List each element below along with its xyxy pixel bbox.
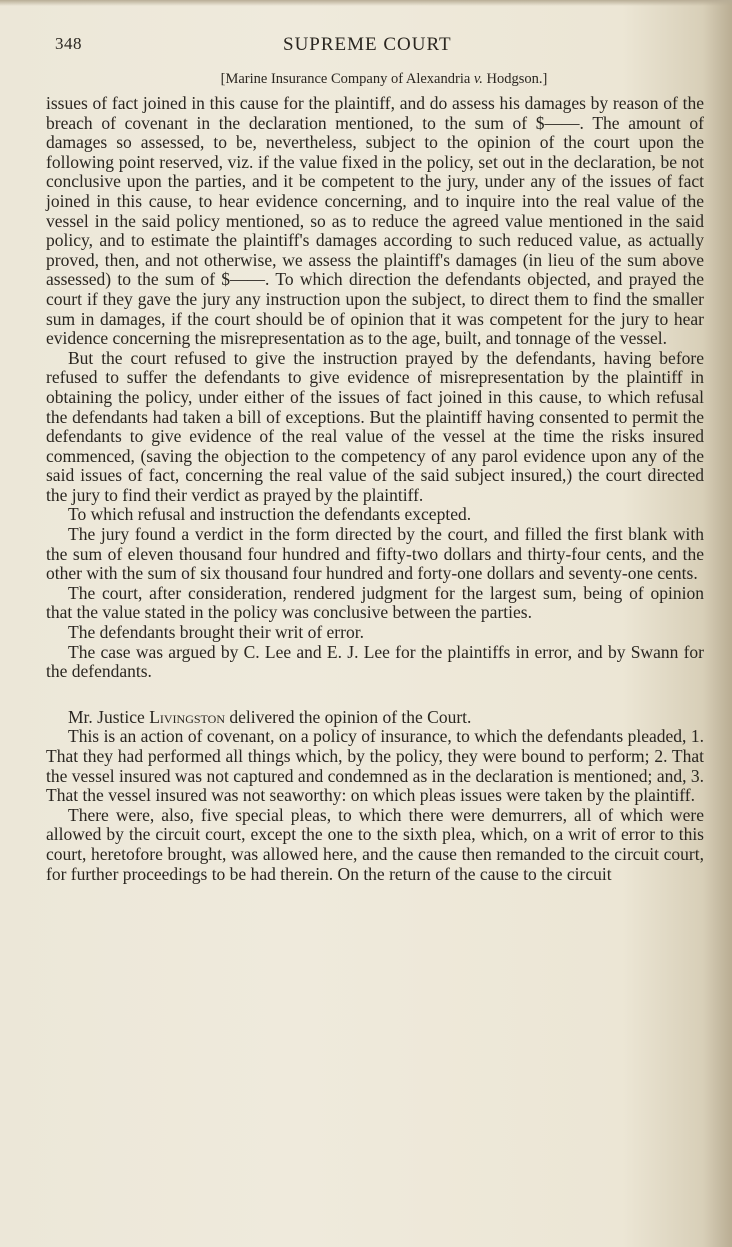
page-body: issues of fact joined in this cause for …: [46, 94, 704, 884]
running-title: SUPREME COURT: [283, 34, 452, 56]
justice-name: Livingston: [149, 707, 225, 727]
section-gap: [46, 682, 704, 708]
paragraph-exception: To which refusal and instruction the def…: [46, 505, 704, 525]
paragraph-writ-of-error: The defendants brought their writ of err…: [46, 623, 704, 643]
opinion-intro-suffix: delivered the opinion of the Court.: [225, 707, 471, 727]
caption-right: Hodgson.]: [483, 71, 547, 87]
caption-versus: v.: [474, 71, 483, 87]
page-number: 348: [55, 34, 82, 54]
page-edge-shadow: [0, 0, 732, 6]
case-caption: [Marine Insurance Company of Alexandria …: [0, 71, 732, 88]
paragraph-verdict-form: issues of fact joined in this cause for …: [46, 94, 704, 349]
paragraph-court-refusal: But the court refused to give the instru…: [46, 349, 704, 506]
opinion-paragraph-pleas: This is an action of covenant, on a poli…: [46, 727, 704, 805]
opinion-intro-prefix: Mr. Justice: [68, 707, 149, 727]
caption-left: [Marine Insurance Company of Alexandria: [221, 71, 474, 87]
paragraph-jury-verdict: The jury found a verdict in the form dir…: [46, 525, 704, 584]
opinion-paragraph-special-pleas: There were, also, five special pleas, to…: [46, 806, 704, 884]
page-header: 348 SUPREME COURT: [0, 34, 732, 60]
paragraph-counsel: The case was argued by C. Lee and E. J. …: [46, 643, 704, 682]
opinion-intro: Mr. Justice Livingston delivered the opi…: [46, 708, 704, 728]
paragraph-judgment: The court, after consideration, rendered…: [46, 584, 704, 623]
book-page: 348 SUPREME COURT [Marine Insurance Comp…: [0, 0, 732, 1247]
